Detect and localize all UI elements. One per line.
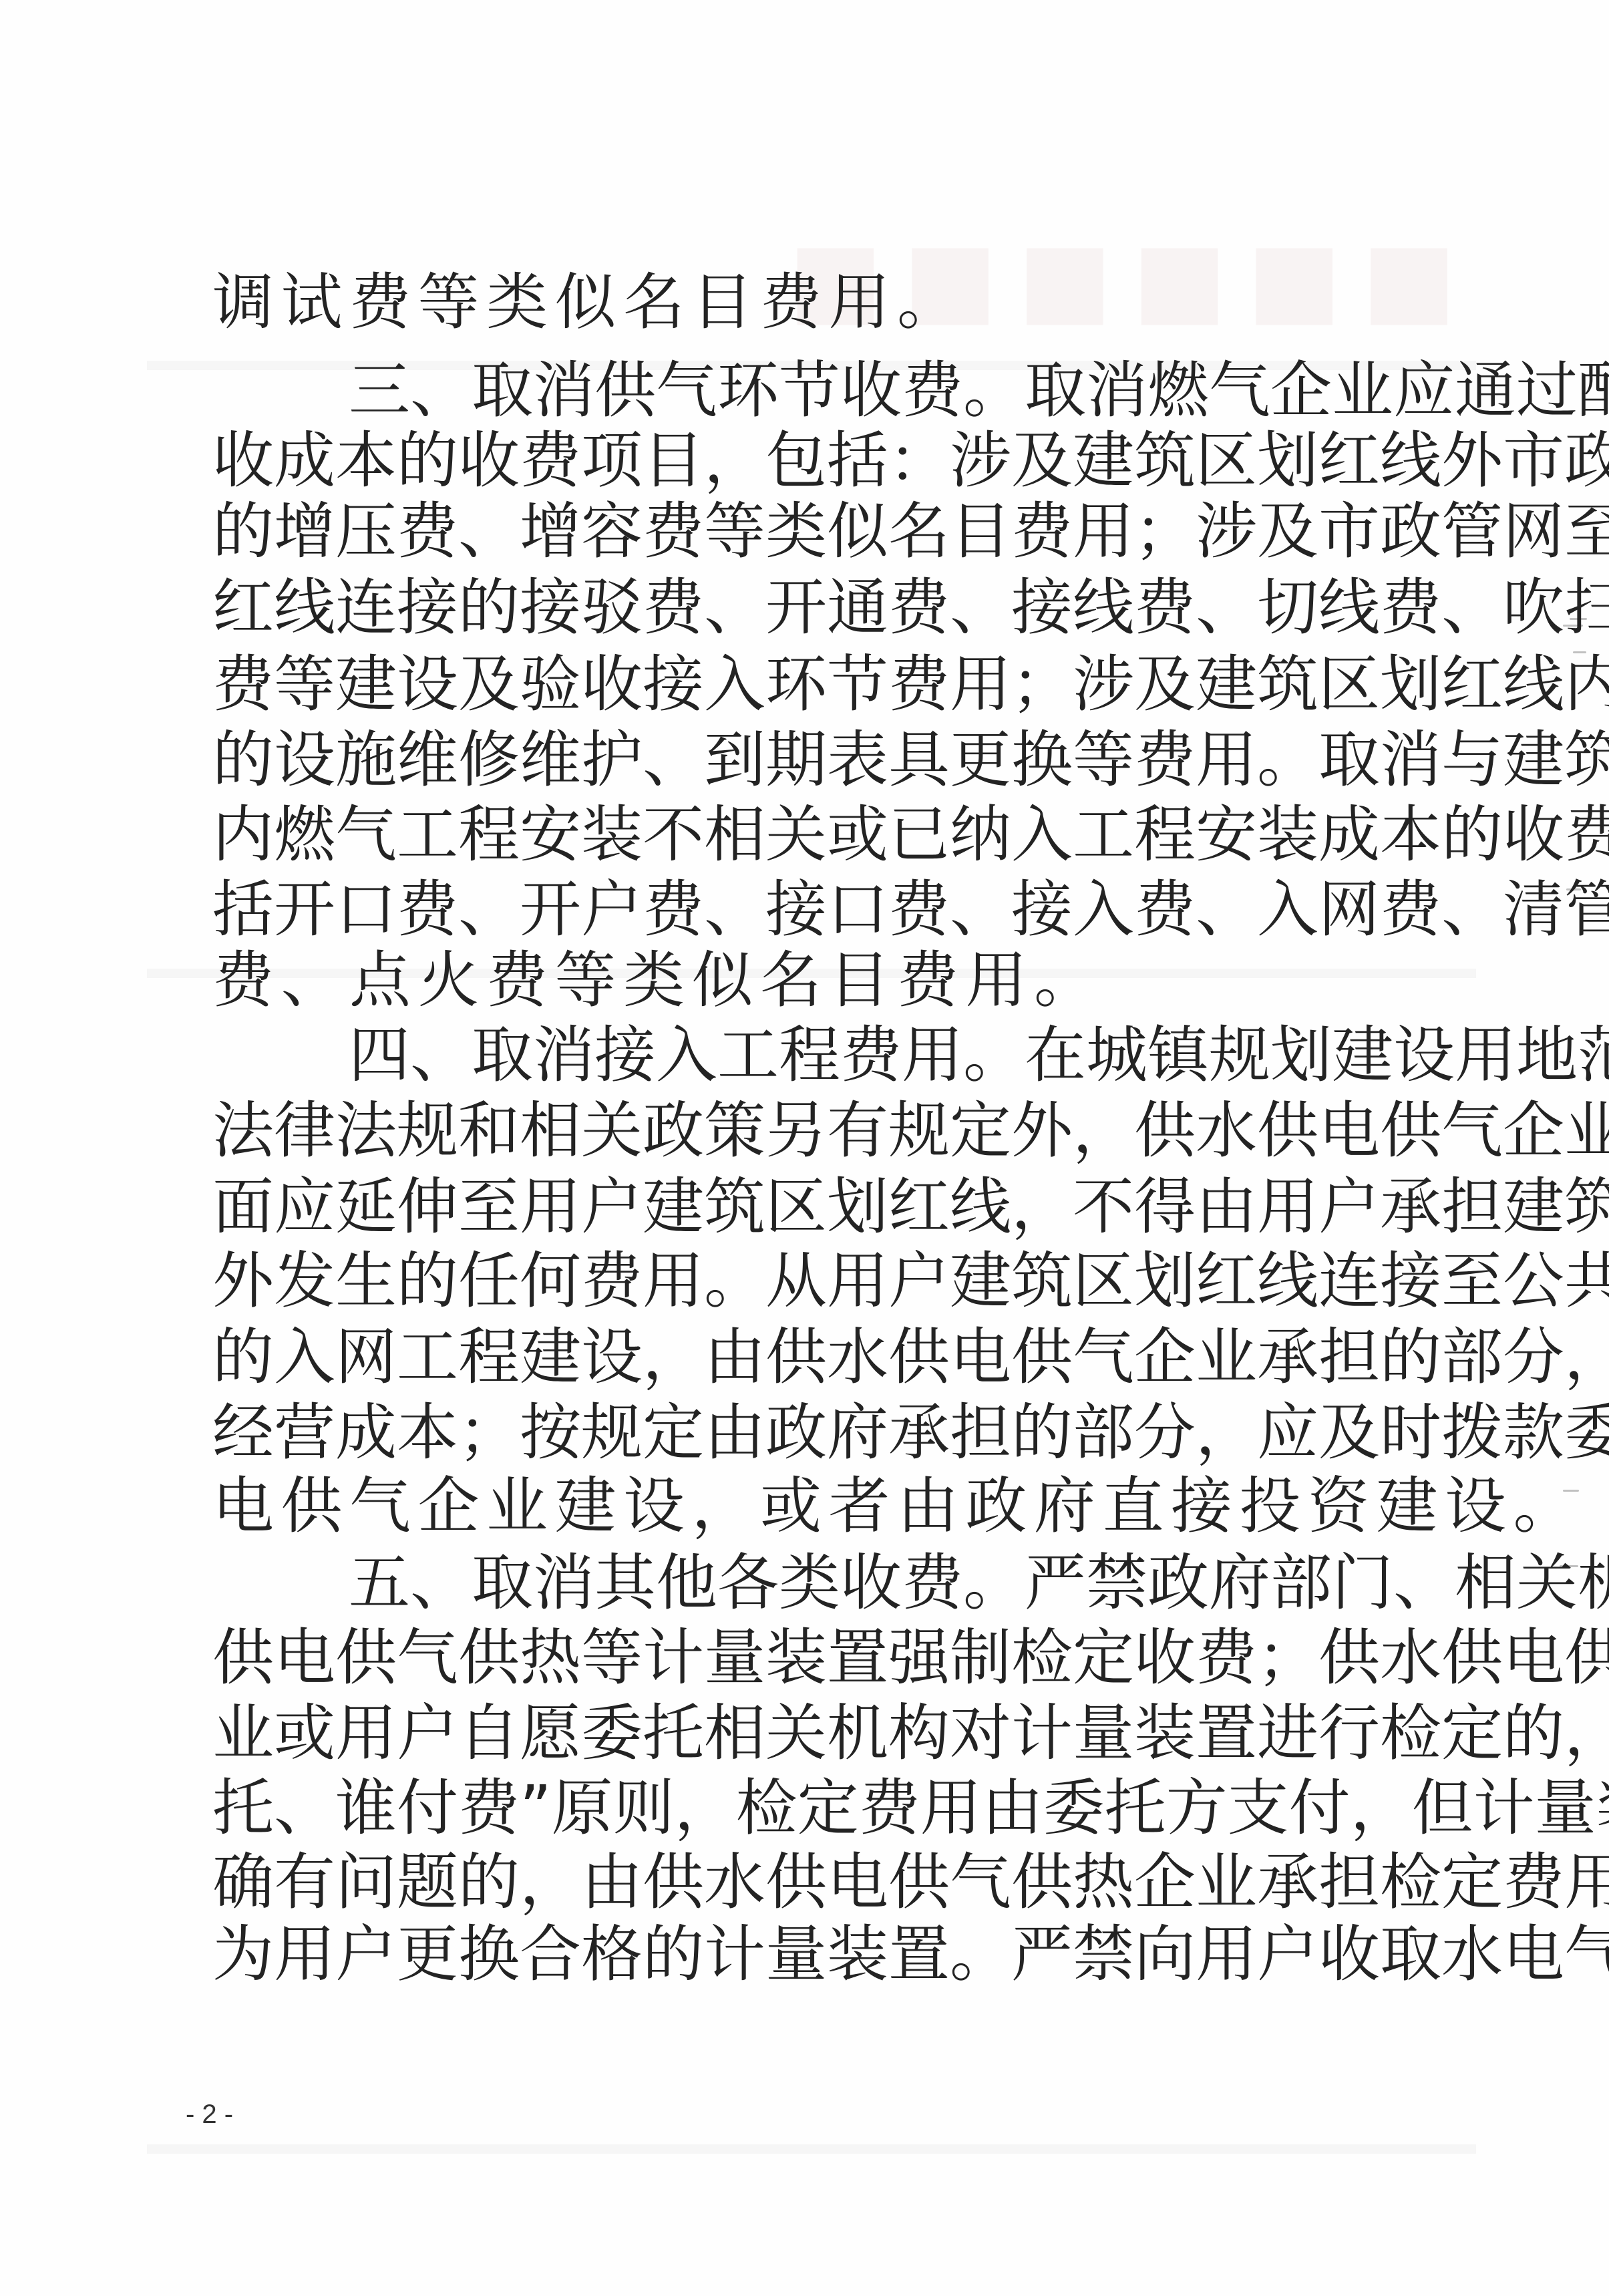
text-line: 经营成本；按规定由政府承担的部分，应及时拨款委托供水供: [212, 1400, 1448, 1466]
text-line: 确有问题的，由供水供电供气供热企业承担检定费用，并免费: [212, 1849, 1448, 1916]
text-line: 电供气企业建设，或者由政府直接投资建设。: [212, 1473, 1448, 1540]
text-line: 为用户更换合格的计量装置。严禁向用户收取水电气热计量装: [212, 1921, 1448, 1988]
text-line: 托、谁付费”原则，检定费用由委托方支付，但计量装置经检定: [212, 1775, 1448, 1842]
text-line: 红线连接的接驳费、开通费、接线费、切线费、吹扫费、放散: [212, 575, 1448, 641]
section-heading-line: 三、取消供气环节收费。取消燃气企业应通过配气价格回: [212, 357, 1448, 424]
section-heading-line: 五、取消其他各类收费。严禁政府部门、相关机构对供水: [212, 1550, 1448, 1617]
document-page: ■■■■■■ 调试费等类似名目费用。 三、取消供气环节收费。取消燃气企业应通过配…: [0, 0, 1609, 2296]
text-line: 业或用户自愿委托相关机构对计量装置进行检定的，按照“谁委: [212, 1700, 1448, 1767]
text-line: 的入网工程建设，由供水供电供气企业承担的部分，纳入企业: [212, 1324, 1448, 1391]
page-number: - 2 -: [186, 2098, 233, 2131]
text-line: 面应延伸至用户建筑区划红线，不得由用户承担建筑区划红线: [212, 1174, 1448, 1241]
text-line: 内燃气工程安装不相关或已纳入工程安装成本的收费项目，包: [212, 802, 1448, 868]
scan-band: [147, 2144, 1476, 2154]
text-line: 外发生的任何费用。从用户建筑区划红线连接至公共管网发生: [212, 1248, 1448, 1315]
text-line: 法律法规和相关政策另有规定外，供水供电供气企业的投资界: [212, 1098, 1448, 1164]
section-heading-line: 四、取消接入工程费用。在城镇规划建设用地范围内，除: [212, 1022, 1448, 1089]
text-line: 的增压费、增容费等类似名目费用；涉及市政管网至建筑区划: [212, 498, 1448, 565]
text-line: 费等建设及验收接入环节费用；涉及建筑区划红线内至燃气表: [212, 651, 1448, 718]
text-line: 调试费等类似名目费用。: [212, 269, 1448, 336]
text-line: 的设施维修维护、到期表具更换等费用。取消与建筑区划红线: [212, 727, 1448, 794]
text-line: 收成本的收费项目，包括：涉及建筑区划红线外市政管网资产: [212, 428, 1448, 494]
text-line: 括开口费、开户费、接口费、接入费、入网费、清管费、通气: [212, 876, 1448, 943]
text-line: 费、点火费等类似名目费用。: [212, 947, 1448, 1014]
text-line: 供电供气供热等计量装置强制检定收费；供水供电供气供热企: [212, 1625, 1448, 1691]
